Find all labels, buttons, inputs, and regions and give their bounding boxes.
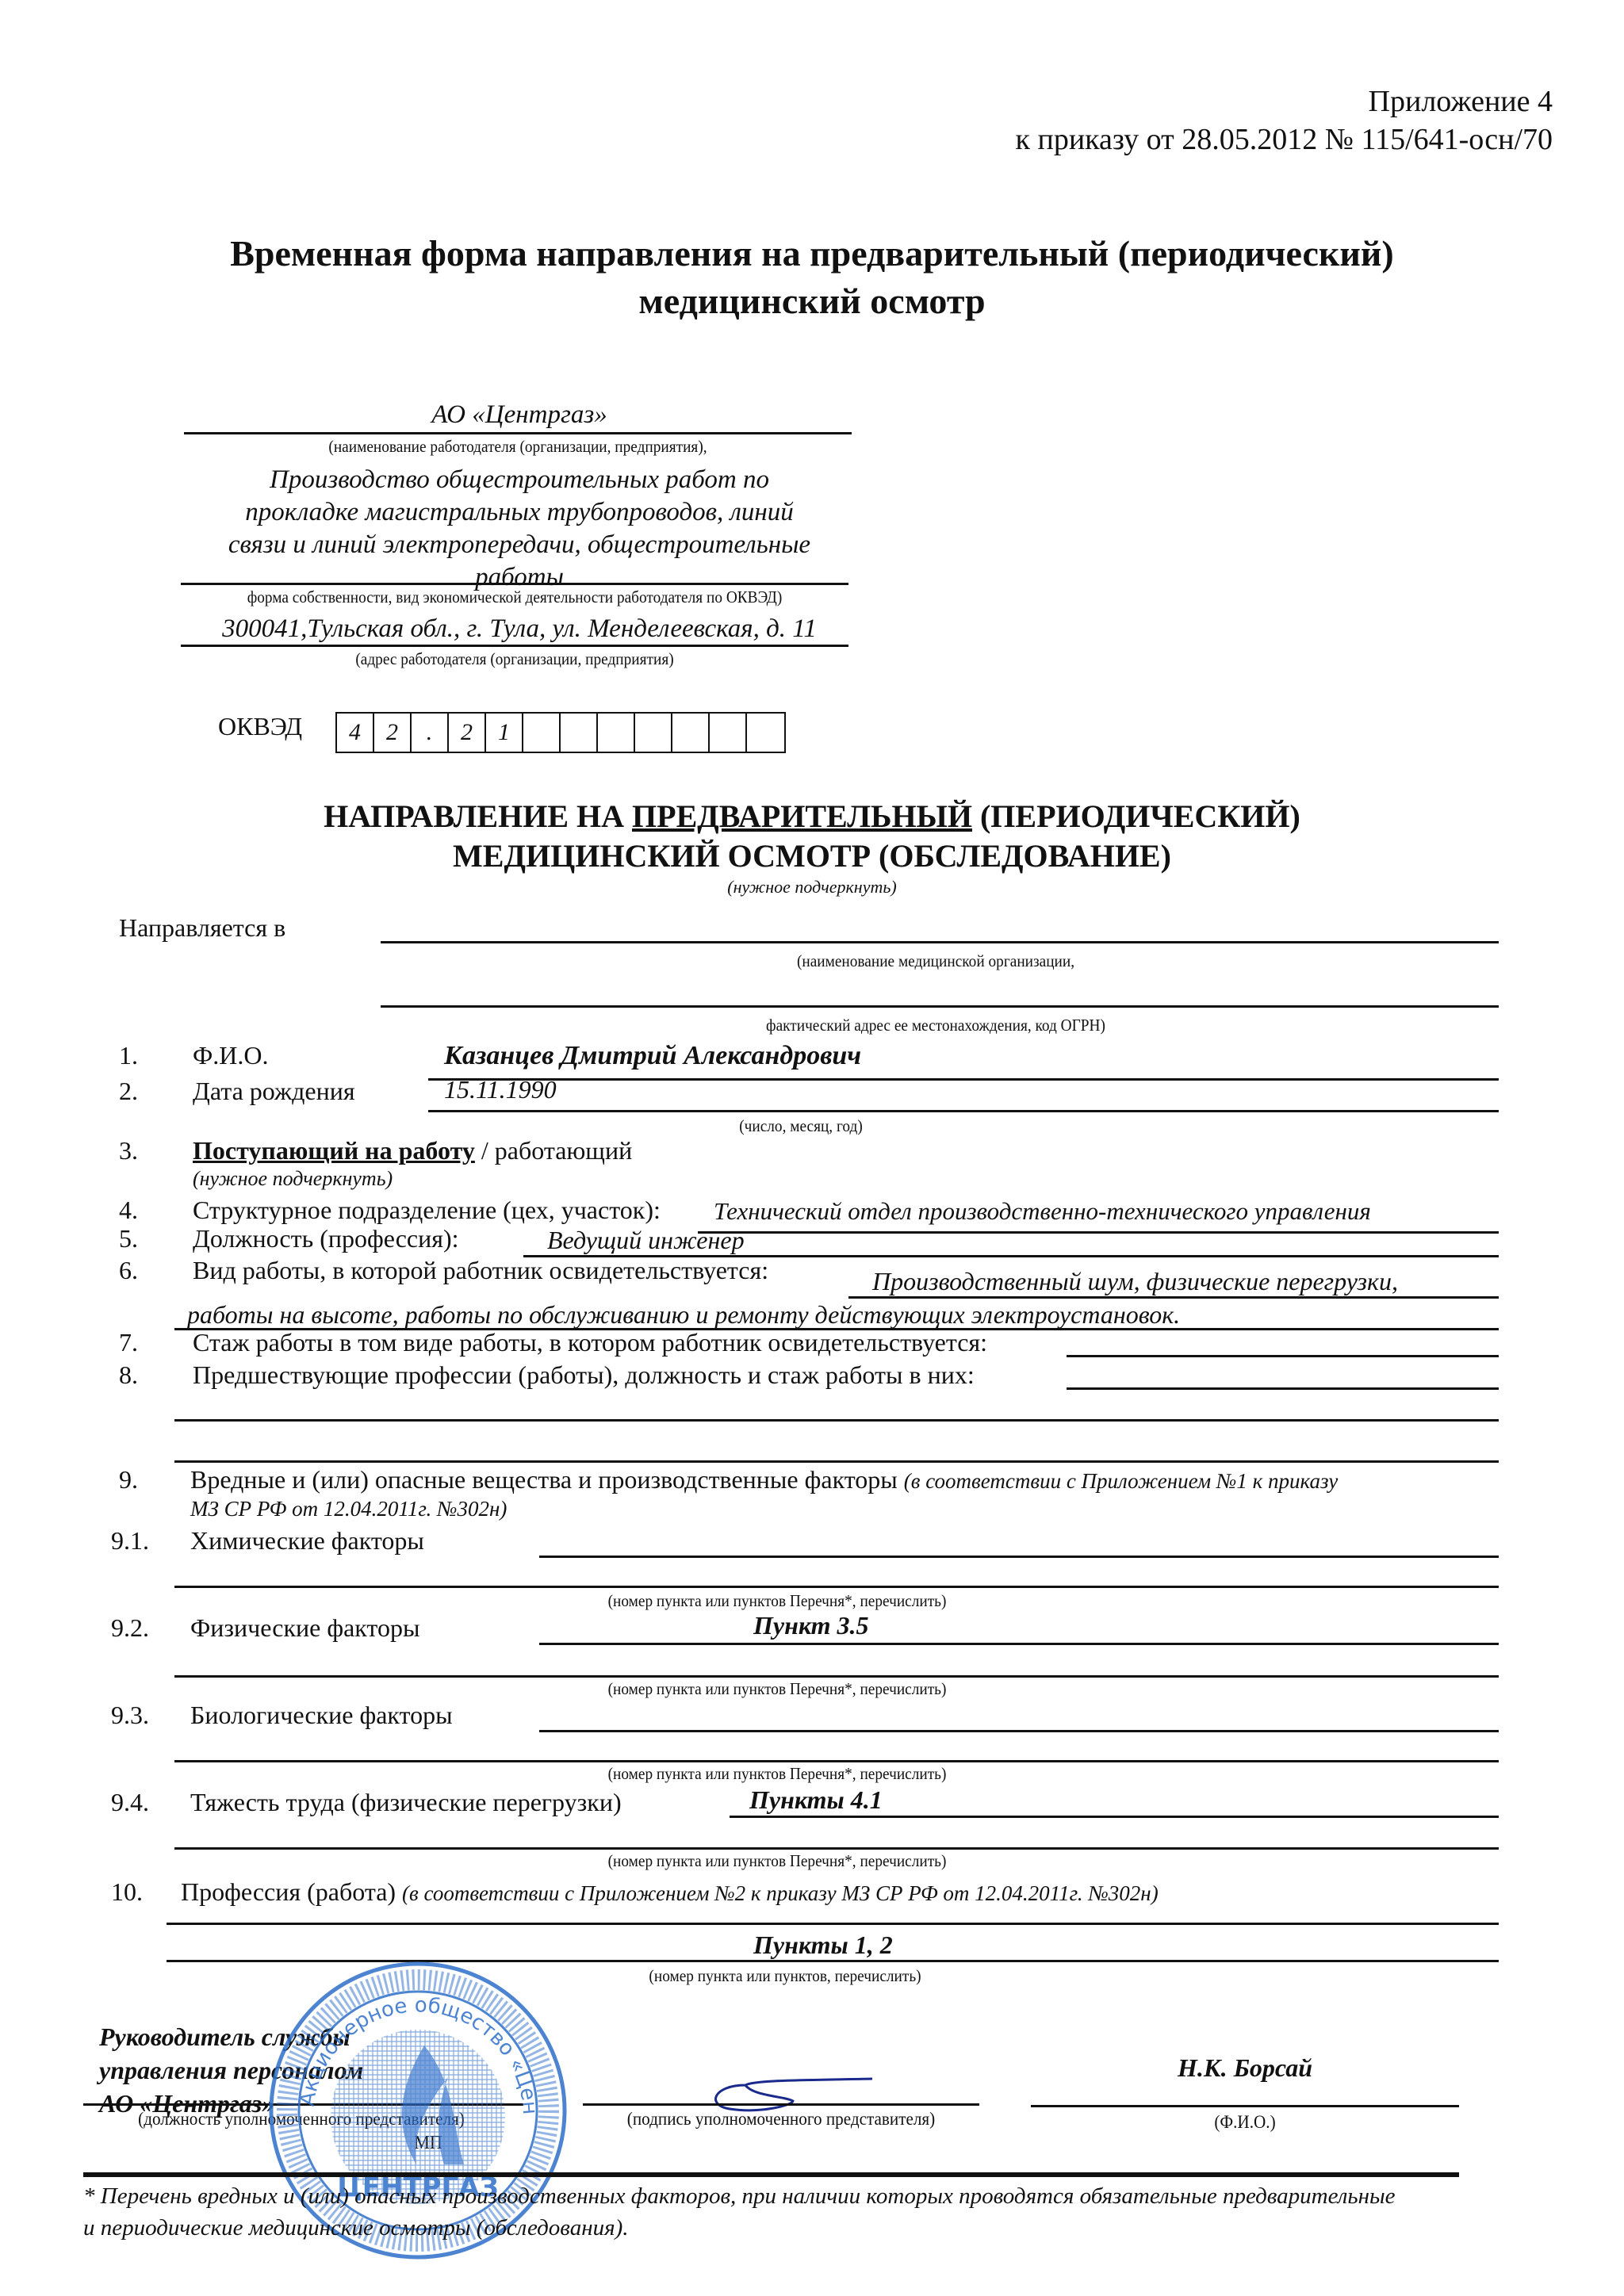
physical-factors-line-1 [539, 1643, 1499, 1645]
department-field[interactable]: Технический отдел производственно-технич… [714, 1197, 1371, 1226]
signer-name-line [1031, 2105, 1459, 2107]
item-number: 9.4. [111, 1788, 149, 1817]
item-number: 10. [111, 1877, 143, 1907]
appendix-reference: Приложение 4 к приказу от 28.05.2012 № 1… [1016, 82, 1553, 159]
activity-line: прокладке магистральных трубопроводов, л… [190, 496, 848, 529]
employer-activity-line [181, 583, 848, 585]
biological-factors-label: Биологические факторы [190, 1701, 453, 1730]
employer-address: 300041,Тульская обл., г. Тула, ул. Менде… [190, 614, 848, 644]
activity-line: связи и линий электропередачи, общестрои… [190, 529, 848, 561]
factors-label-text: Вредные и (или) опасные вещества и произ… [190, 1465, 904, 1494]
previous-jobs-line-2 [174, 1419, 1499, 1422]
experience-line [1067, 1355, 1499, 1357]
dob-line [428, 1110, 1499, 1112]
chemical-factors-line-1 [539, 1556, 1499, 1558]
physical-factors-field[interactable]: Пункт 3.5 [753, 1611, 869, 1640]
activity-line: Производство общестроительных работ по [190, 464, 848, 496]
referral-label: Направляется в [119, 913, 285, 943]
employer-address-line [181, 645, 848, 647]
position-field[interactable]: Ведущий инженер [547, 1226, 745, 1255]
physical-factors-line-2 [174, 1675, 1499, 1678]
medical-org-caption: (наименование медицинской организации, [731, 951, 1139, 971]
chemical-factors-caption: (номер пункта или пунктов Перечня*, пере… [573, 1591, 981, 1611]
labor-severity-line-2 [174, 1847, 1499, 1850]
order-reference: к приказу от 28.05.2012 № 115/641-осн/70 [1016, 121, 1553, 159]
heading-text: (ПЕРИОДИЧЕСКИЙ) [972, 798, 1300, 834]
footnote: * Перечень вредных и (или) опасных произ… [83, 2180, 1396, 2244]
item-number: 4. [119, 1196, 138, 1225]
work-type-label: Вид работы, в которой работник освидетел… [193, 1256, 768, 1285]
employment-status: Поступающий на работу / работающий [193, 1136, 632, 1165]
item-number: 1. [119, 1041, 138, 1070]
status-option-employed[interactable]: работающий [495, 1136, 632, 1165]
status-option-new-hire[interactable]: Поступающий на работу [193, 1136, 475, 1165]
dob-label: Дата рождения [193, 1077, 355, 1106]
okved-cell [635, 714, 672, 752]
okved-cell [598, 714, 635, 752]
factors-reference-cont: МЗ СР РФ от 12.04.2011г. №302н) [190, 1497, 507, 1521]
item-number: 8. [119, 1360, 138, 1390]
okved-label: ОКВЭД [218, 712, 302, 741]
labor-severity-label: Тяжесть труда (физические перегрузки) [190, 1788, 622, 1817]
item-number: 2. [119, 1077, 138, 1106]
position-label: Должность (профессия): [193, 1224, 459, 1253]
appendix-number: Приложение 4 [1016, 82, 1553, 121]
profession-label: Профессия (работа) (в соответствии с При… [181, 1877, 1159, 1907]
footnote-line-2: и периодические медицинские осмотры (обс… [83, 2212, 1396, 2244]
form-title: Временная форма направления на предварит… [0, 230, 1624, 325]
dob-caption: (число, месяц, год) [691, 1116, 910, 1136]
profession-caption: (номер пункта или пунктов, перечислить) [617, 1966, 952, 1986]
biological-factors-line-2 [174, 1760, 1499, 1762]
factors-label: Вредные и (или) опасные вещества и произ… [190, 1465, 1338, 1494]
profession-line-1 [167, 1923, 1499, 1925]
okved-cell: 2 [374, 714, 412, 752]
item-number: 9.2. [111, 1613, 149, 1643]
labor-severity-field[interactable]: Пункты 4.1 [749, 1785, 883, 1815]
fio-field[interactable]: Казанцев Дмитрий Александрович [444, 1041, 861, 1071]
referral-heading: НАПРАВЛЕНИЕ НА ПРЕДВАРИТЕЛЬНЫЙ (ПЕРИОДИЧ… [0, 797, 1624, 898]
work-type-field-line-1[interactable]: Производственный шум, физические перегру… [872, 1267, 1398, 1296]
employer-activity-caption: форма собственности, вид экономической д… [208, 587, 822, 607]
employer-activity: Производство общестроительных работ по п… [190, 464, 848, 594]
medical-org-address-caption: фактический адрес ее местонахождения, ко… [731, 1016, 1139, 1035]
heading-line-1: НАПРАВЛЕНИЕ НА ПРЕДВАРИТЕЛЬНЫЙ (ПЕРИОДИЧ… [0, 797, 1624, 836]
okved-cell [523, 714, 561, 752]
okved-cell: 1 [486, 714, 523, 752]
okved-cell [672, 714, 710, 752]
form-title-line-2: медицинский осмотр [0, 277, 1624, 325]
footnote-divider [83, 2172, 1459, 2177]
okved-cell [561, 714, 598, 752]
okved-cell [747, 714, 784, 752]
work-type-line-1 [848, 1296, 1499, 1299]
form-title-line-1: Временная форма направления на предварит… [0, 230, 1624, 277]
item-number: 3. [119, 1136, 138, 1165]
signature-caption: (подпись уполномоченного представителя) [606, 2109, 956, 2130]
heading-text: НАПРАВЛЕНИЕ НА [324, 798, 632, 834]
work-type-field-line-2[interactable]: работы на высоте, работы по обслуживанию… [187, 1300, 1180, 1330]
previous-jobs-line-1 [1067, 1387, 1499, 1390]
okved-cell: 2 [449, 714, 486, 752]
chemical-factors-line-2 [174, 1586, 1499, 1588]
biological-factors-caption: (номер пункта или пунктов Перечня*, пере… [573, 1764, 981, 1784]
okved-cell [710, 714, 747, 752]
item-number: 9.3. [111, 1701, 149, 1730]
status-separator: / [475, 1136, 495, 1165]
item-number: 7. [119, 1328, 138, 1357]
item-number: 9. [119, 1465, 138, 1494]
previous-jobs-label: Предшествующие профессии (работы), должн… [193, 1360, 975, 1390]
status-note: (нужное подчеркнуть) [193, 1167, 393, 1191]
item-number: 6. [119, 1256, 138, 1285]
okved-cell: 4 [337, 714, 374, 752]
profession-reference: (в соответствии с Приложением №2 к прика… [402, 1881, 1159, 1905]
biological-factors-line-1 [539, 1730, 1499, 1732]
experience-label: Стаж работы в том виде работы, в котором… [193, 1328, 987, 1357]
dob-field[interactable]: 15.11.1990 [444, 1075, 557, 1104]
heading-line-2: МЕДИЦИНСКИЙ ОСМОТР (ОБСЛЕДОВАНИЕ) [0, 836, 1624, 876]
chemical-factors-label: Химические факторы [190, 1526, 424, 1556]
signer-name-caption: (Ф.И.О.) [1179, 2112, 1311, 2133]
physical-factors-caption: (номер пункта или пунктов Перечня*, пере… [573, 1679, 981, 1699]
employer-address-caption: (адрес работодателя (организации, предпр… [208, 649, 822, 669]
profession-field[interactable]: Пункты 1, 2 [753, 1931, 893, 1960]
item-number: 5. [119, 1224, 138, 1253]
employer-name-line [184, 432, 852, 434]
employer-name-caption: (наименование работодателя (организации,… [211, 437, 825, 457]
labor-severity-line-1 [730, 1816, 1499, 1818]
signature-line [583, 2103, 979, 2106]
fio-label: Ф.И.О. [193, 1041, 269, 1070]
medical-org-line [381, 941, 1499, 943]
medical-org-address-line [381, 1005, 1499, 1008]
physical-factors-label: Физические факторы [190, 1613, 419, 1643]
footnote-line-1: * Перечень вредных и (или) опасных произ… [83, 2180, 1396, 2212]
okved-cell: . [412, 714, 449, 752]
profession-label-text: Профессия (работа) [181, 1877, 402, 1906]
heading-selected-option: ПРЕДВАРИТЕЛЬНЫЙ [632, 798, 972, 834]
employer-name: АО «Центргаз» [190, 400, 848, 430]
labor-severity-caption: (номер пункта или пунктов Перечня*, пере… [573, 1851, 981, 1871]
signer-name: Н.К. Борсай [1178, 2053, 1312, 2083]
previous-jobs-line-3 [174, 1460, 1499, 1463]
department-line [698, 1231, 1499, 1234]
department-label: Структурное подразделение (цех, участок)… [193, 1196, 661, 1225]
factors-reference: (в соответствии с Приложением №1 к прика… [904, 1469, 1339, 1493]
heading-note: (нужное подчеркнуть) [0, 876, 1624, 898]
item-number: 9.1. [111, 1526, 149, 1556]
fio-line [428, 1078, 1499, 1081]
okved-code-cells: 4 2 . 2 1 [335, 712, 786, 753]
